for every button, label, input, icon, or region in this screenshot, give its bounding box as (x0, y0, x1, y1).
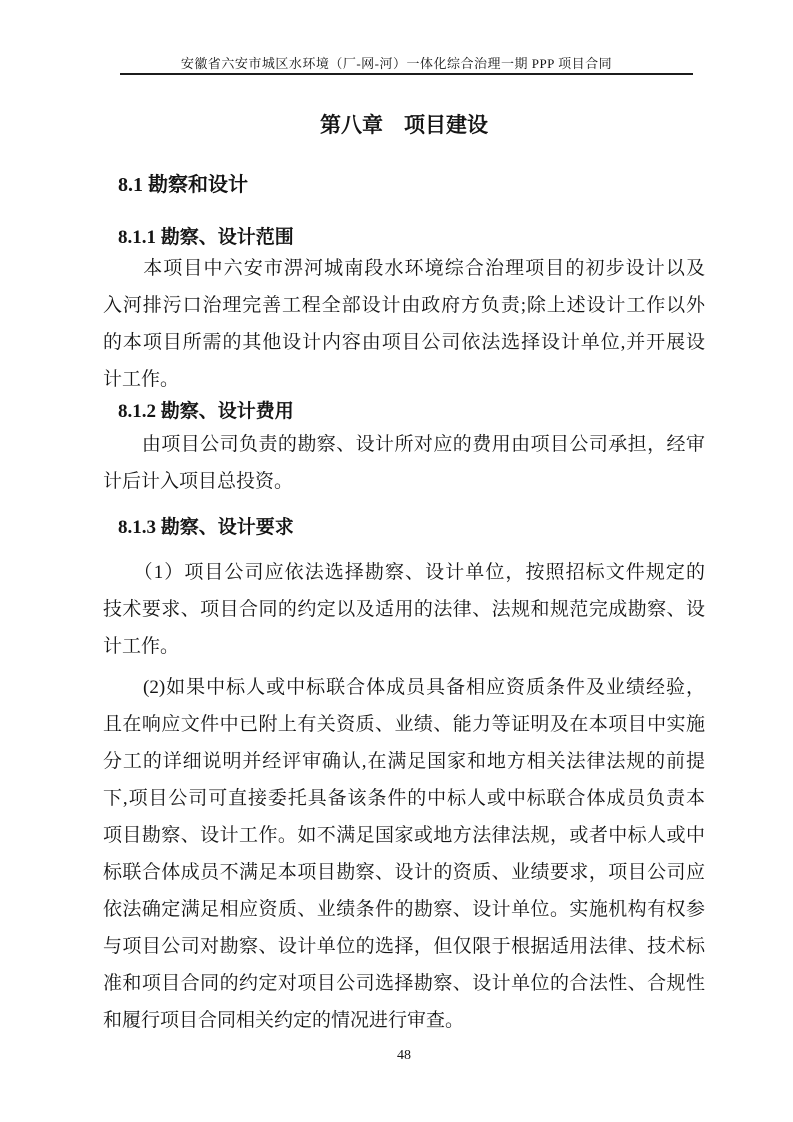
paragraph-8-1-3-item-1: （1）项目公司应依法选择勘察、设计单位，按照招标文件规定的 技术要求、项目合同的… (103, 554, 705, 665)
text-line: 计后计入项目总投资。 (103, 463, 705, 500)
chapter-title: 第八章 项目建设 (103, 111, 705, 139)
paragraph-8-1-2: 由项目公司负责的勘察、设计所对应的费用由项目公司承担，经审 计后计入项目总投资。 (103, 426, 705, 500)
text-line: (2)如果中标人或中标联合体成员具备相应资质条件及业绩经验， (103, 669, 705, 706)
text-line: 下,项目公司可直接委托具备该条件的中标人或中标联合体成员负责本 (103, 780, 705, 817)
text-line: 的本项目所需的其他设计内容由项目公司依法选择设计单位,并开展设 (103, 324, 705, 361)
text-line: 且在响应文件中已附上有关资质、业绩、能力等证明及在本项目中实施 (103, 706, 705, 743)
document-page: 安徽省六安市城区水环境（厂-网-河）一体化综合治理一期 PPP 项目合同 第八章… (0, 0, 793, 1122)
subsection-heading-8-1-2: 8.1.2 勘察、设计费用 (118, 400, 705, 424)
page-number: 48 (103, 1047, 705, 1065)
subsection-heading-8-1-3: 8.1.3 勘察、设计要求 (118, 516, 705, 540)
text-line: 项目勘察、设计工作。如不满足国家或地方法律法规，或者中标人或中 (103, 817, 705, 854)
paragraph-8-1-3-item-2: (2)如果中标人或中标联合体成员具备相应资质条件及业绩经验， 且在响应文件中已附… (103, 669, 705, 1039)
section-heading-8-1: 8.1 勘察和设计 (118, 173, 705, 197)
text-line: 准和项目合同的约定对项目公司选择勘察、设计单位的合法性、合规性 (103, 965, 705, 1002)
text-line: 依法确定满足相应资质、业绩条件的勘察、设计单位。实施机构有权参 (103, 891, 705, 928)
text-line: 与项目公司对勘察、设计单位的选择，但仅限于根据适用法律、技术标 (103, 928, 705, 965)
text-line: 计工作。 (103, 628, 705, 665)
text-line: 计工作。 (103, 361, 705, 398)
text-line: 入河排污口治理完善工程全部设计由政府方负责;除上述设计工作以外 (103, 287, 705, 324)
text-line: （1）项目公司应依法选择勘察、设计单位，按照招标文件规定的 (103, 554, 705, 591)
subsection-heading-8-1-1: 8.1.1 勘察、设计范围 (118, 226, 705, 250)
text-line: 由项目公司负责的勘察、设计所对应的费用由项目公司承担，经审 (103, 426, 705, 463)
paragraph-8-1-1: 本项目中六安市淠河城南段水环境综合治理项目的初步设计以及 入河排污口治理完善工程… (103, 250, 705, 398)
text-line: 和履行项目合同相关约定的情况进行审查。 (103, 1002, 705, 1039)
text-line: 本项目中六安市淠河城南段水环境综合治理项目的初步设计以及 (103, 250, 705, 287)
text-line: 标联合体成员不满足本项目勘察、设计的资质、业绩要求，项目公司应 (103, 854, 705, 891)
text-line: 技术要求、项目合同的约定以及适用的法律、法规和规范完成勘察、设 (103, 591, 705, 628)
text-line: 分工的详细说明并经评审确认,在满足国家和地方相关法律法规的前提 (103, 743, 705, 780)
document-body: 第八章 项目建设 8.1 勘察和设计 8.1.1 勘察、设计范围 本项目中六安市… (103, 0, 705, 1065)
